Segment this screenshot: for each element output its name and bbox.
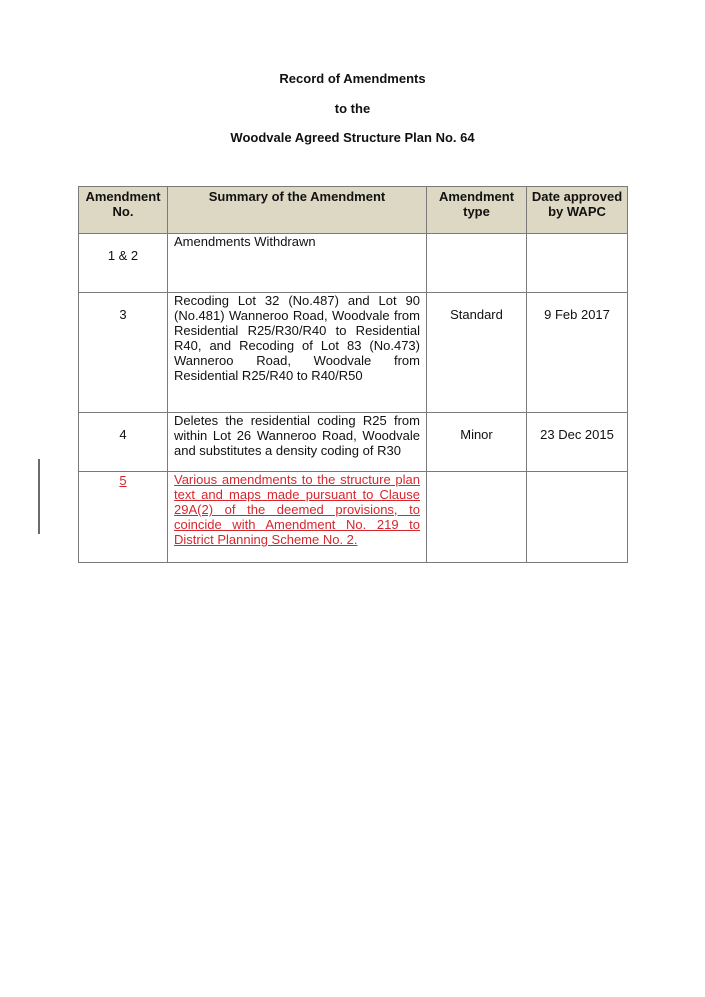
table-row-tracked-change: 5 Various amendments to the structure pl…: [79, 472, 628, 563]
amendment-number: 5: [79, 472, 168, 563]
tracked-insertion: 5: [119, 473, 126, 488]
revision-change-bar: [38, 459, 40, 534]
amendment-number: 1 & 2: [79, 234, 168, 293]
amendment-date: 9 Feb 2017: [527, 293, 628, 413]
amendment-summary: Deletes the residential coding R25 from …: [168, 413, 427, 472]
amendment-type: [427, 234, 527, 293]
amendment-summary: Various amendments to the structure plan…: [168, 472, 427, 563]
document-plan-name: Woodvale Agreed Structure Plan No. 64: [0, 130, 705, 145]
amendment-type: Minor: [427, 413, 527, 472]
amendment-date: [527, 234, 628, 293]
document-subtitle-connector: to the: [0, 101, 705, 116]
amendments-table: Amendment No. Summary of the Amendment A…: [78, 186, 628, 563]
amendment-number: 3: [79, 293, 168, 413]
column-header-amendment-type: Amendment type: [427, 187, 527, 234]
table-row: 3 Recoding Lot 32 (No.487) and Lot 90 (N…: [79, 293, 628, 413]
amendment-summary: Recoding Lot 32 (No.487) and Lot 90 (No.…: [168, 293, 427, 413]
amendment-date: 23 Dec 2015: [527, 413, 628, 472]
amendment-type: Standard: [427, 293, 527, 413]
table-header-row: Amendment No. Summary of the Amendment A…: [79, 187, 628, 234]
table-row: 4 Deletes the residential coding R25 fro…: [79, 413, 628, 472]
amendment-summary: Amendments Withdrawn: [168, 234, 427, 293]
amendment-number: 4: [79, 413, 168, 472]
amendment-date: [527, 472, 628, 563]
tracked-insertion: Various amendments to the structure plan…: [174, 472, 420, 547]
document-title: Record of Amendments: [0, 71, 705, 86]
column-header-summary: Summary of the Amendment: [168, 187, 427, 234]
amendment-type: [427, 472, 527, 563]
column-header-amendment-no: Amendment No.: [79, 187, 168, 234]
column-header-date-approved: Date approved by WAPC: [527, 187, 628, 234]
table-row: 1 & 2 Amendments Withdrawn: [79, 234, 628, 293]
